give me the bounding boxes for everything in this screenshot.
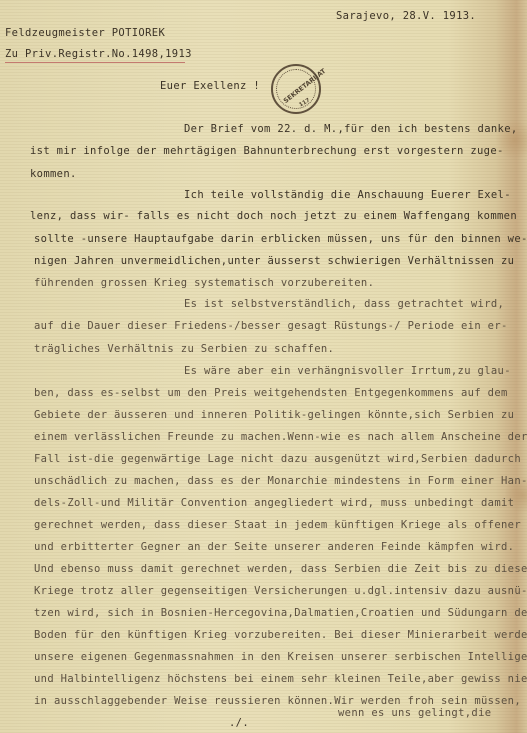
body-line: tzen wird, sich in Bosnien-Hercegovina,D… [34, 607, 527, 619]
body-line: Fall ist-die gegenwärtige Lage nicht daz… [34, 453, 521, 465]
body-line: Gebiete der äusseren und inneren Politik… [34, 409, 514, 421]
reference-line: Zu Priv.Registr.No.1498,1913 [5, 48, 192, 60]
body-line: trägliches Verhältnis zu Serbien zu scha… [34, 343, 334, 355]
body-line: führenden grossen Krieg systematisch vor… [34, 277, 374, 289]
reference-underline [5, 62, 185, 63]
page-continuation-marker: ./. [229, 717, 249, 729]
archive-stamp: SEKRETARIJAT 117 [271, 64, 321, 114]
body-line: nigen Jahren unvermeidlichen,unter äusse… [34, 255, 514, 267]
body-line: einem verlässlichen Freunde zu machen.We… [34, 431, 527, 443]
body-line: kommen. [30, 168, 77, 180]
body-line: wenn es uns gelingt,die [338, 707, 491, 719]
body-line: unsere eigenen Gegenmassnahmen in den Kr… [34, 651, 527, 663]
body-line: lenz, dass wir- falls es nicht doch noch… [30, 210, 517, 222]
body-line: gerechnet werden, dass dieser Staat in j… [34, 519, 521, 531]
body-line: unschädlich zu machen, dass es der Monar… [34, 475, 527, 487]
body-line: Boden für den künftigen Krieg vorzuberei… [34, 629, 527, 641]
body-line: Und ebenso muss damit gerechnet werden, … [34, 563, 527, 575]
scanned-letter-page: Sarajevo, 28.V. 1913. Feldzeugmeister PO… [0, 0, 527, 733]
body-line: und Halbintelligenz höchstens bei einem … [34, 673, 527, 685]
body-line: Der Brief vom 22. d. M.,für den ich best… [184, 123, 518, 135]
body-line: dels-Zoll-und Militär Convention angegli… [34, 497, 514, 509]
body-line: ist mir infolge der mehrtägigen Bahnunte… [30, 145, 504, 157]
body-line: und erbitterter Gegner an der Seite unse… [34, 541, 514, 553]
body-line: in ausschlaggebender Weise reussieren kö… [34, 695, 521, 707]
body-line: ben, dass es-selbst um den Preis weitgeh… [34, 387, 508, 399]
body-line: Es ist selbstverständlich, dass getracht… [184, 298, 504, 310]
body-line: Kriege trotz aller gegenseitigen Versich… [34, 585, 527, 597]
body-line: Ich teile vollständig die Anschauung Eue… [184, 189, 511, 201]
body-line: auf die Dauer dieser Friedens-/besser ge… [34, 320, 508, 332]
sender-line: Feldzeugmeister POTIOREK [5, 27, 165, 39]
place-date: Sarajevo, 28.V. 1913. [336, 10, 476, 22]
body-line: sollte -unsere Hauptaufgabe darin erblic… [34, 233, 527, 245]
body-line: Es wäre aber ein verhängnisvoller Irrtum… [184, 365, 511, 377]
salutation: Euer Exellenz ! [160, 80, 260, 92]
